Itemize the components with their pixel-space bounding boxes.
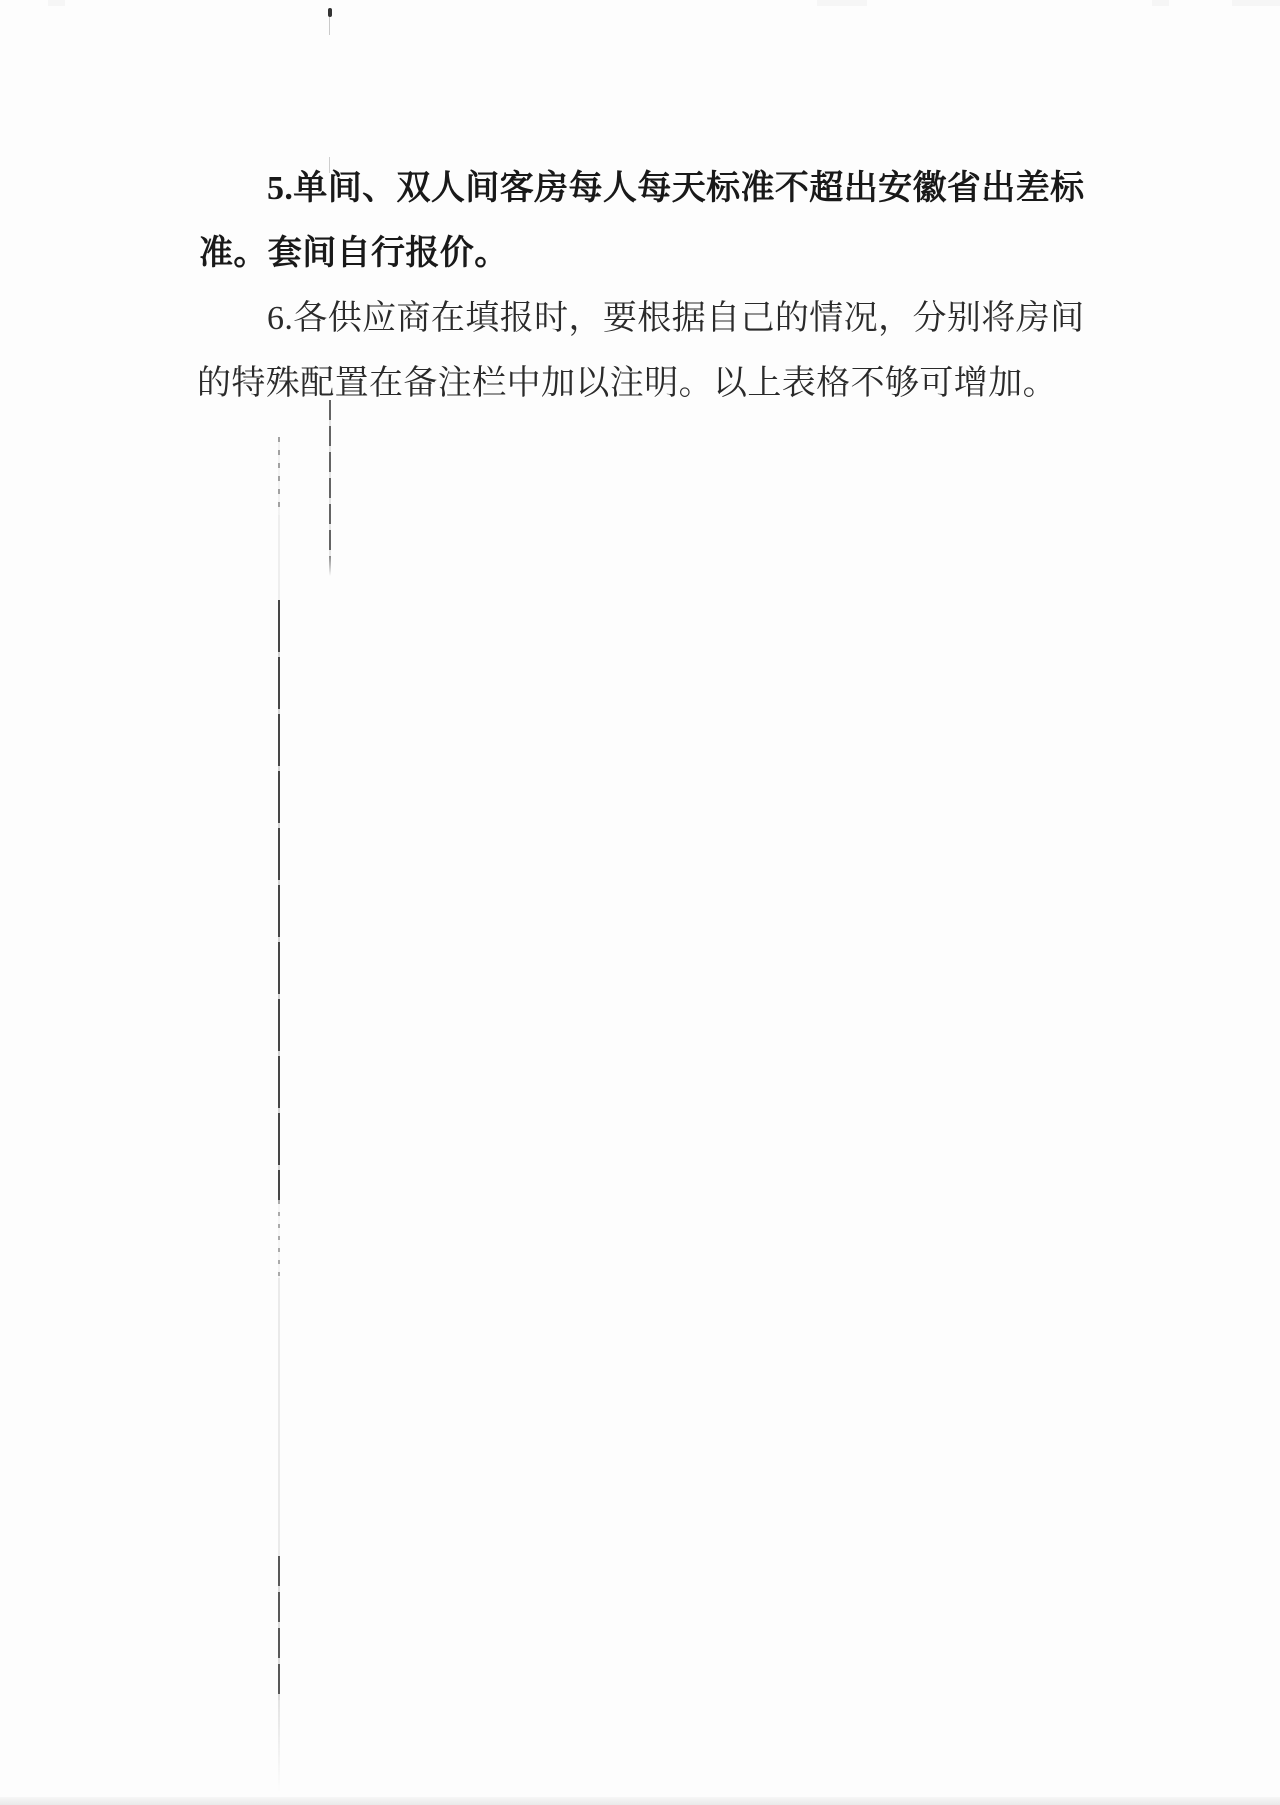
- paragraph-item-5-line-1: 5.单间、双人间客房每人每天标准不超出安徽省出差标: [267, 172, 1085, 206]
- top-edge-scan-strip: [1152, 0, 1169, 6]
- vertical-crease-line-left-segment: [278, 437, 280, 515]
- vertical-crease-line-left-segment: [278, 600, 280, 1200]
- vertical-crease-line-left-segment: [278, 1200, 280, 1278]
- vertical-crease-line-left-segment: [278, 1278, 280, 1556]
- vertical-crease-line-left-segment: [278, 1556, 280, 1700]
- top-edge-scan-strip: [817, 0, 867, 6]
- paragraph-item-5-line-2: 准。套间自行报价。: [199, 237, 509, 271]
- vertical-crease-line-left-segment: [278, 1700, 280, 1792]
- top-edge-scan-strip: [48, 0, 65, 6]
- scan-speck-icon: [328, 8, 332, 17]
- scanned-document-page: 5.单间、双人间客房每人每天标准不超出安徽省出差标 准。套间自行报价。 6.各供…: [0, 0, 1280, 1805]
- vertical-crease-line-left-segment: [278, 515, 280, 600]
- bottom-edge-scan-shadow: [0, 1797, 1280, 1805]
- scan-speck-tail: [329, 17, 330, 35]
- paragraph-item-6-line-1: 6.各供应商在填报时，要根据自己的情况，分别将房间: [267, 302, 1085, 336]
- paragraph-item-6-line-2: 的特殊配置在备注栏中加以注明。以上表格不够可增加。: [197, 367, 1057, 401]
- top-edge-scan-strip: [1232, 0, 1280, 6]
- vertical-crease-line-right: [329, 400, 331, 576]
